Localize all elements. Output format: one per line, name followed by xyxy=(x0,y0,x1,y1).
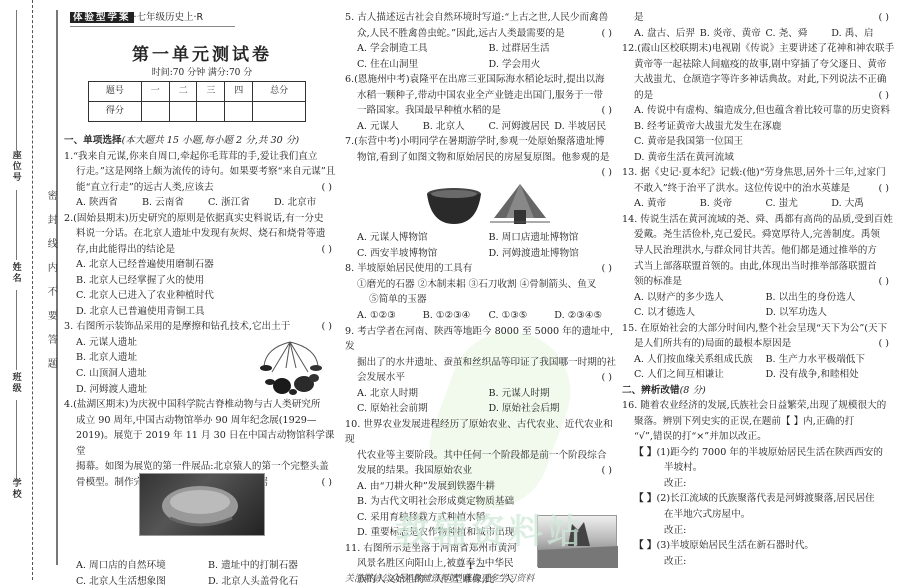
option-d: D. 黄帝生活在黄河流域 xyxy=(634,150,897,166)
paren-row: ( ) xyxy=(345,165,620,180)
answer-blank[interactable]: ( ) xyxy=(601,463,612,479)
option-c: C. 以才德选人 xyxy=(634,305,766,321)
score-header-cell: 四 xyxy=(225,82,253,102)
option-a: A. 盘古、后羿 xyxy=(634,26,700,42)
score-input-cell[interactable] xyxy=(169,102,197,122)
option-b: B. 北京人 xyxy=(423,119,489,135)
item-text: 在半地穴式房屋中。 xyxy=(622,507,897,523)
options: A. 元谋人 B. 北京人 C. 河姆渡居民 D. 半坡居民 xyxy=(345,119,620,135)
option-c: C. 蚩尤 xyxy=(766,196,832,212)
option-d: D. ②③④⑤ xyxy=(554,308,620,324)
option-b: B. 生产力水平极端低下 xyxy=(766,352,898,368)
pottery-bowl-image xyxy=(425,186,483,226)
seal-notice: 密封线内不要答题 xyxy=(42,190,58,382)
option-c: C. 尧、舜 xyxy=(766,26,832,42)
options: A. 元谋人博物馆 B. 周口店遗址博物馆 C. 西安半坡博物馆 D. 河姆渡遗… xyxy=(345,230,620,261)
option-b: B. 周口店遗址博物馆 xyxy=(489,230,621,246)
judgement-item-2: 【 】(2)长江流域的氏族聚落代表是河姆渡聚落,居民居住 xyxy=(622,491,897,507)
question-text: 12.(霞山区校联期末)电视剧《传说》主要讲述了花神和神农联手 xyxy=(622,41,897,57)
question-text: 的是( ) xyxy=(622,88,897,104)
hut-reconstruction-image xyxy=(490,182,550,228)
option-a: A. 学会制造工具 xyxy=(357,41,489,57)
question-text: 能“直立行走”的远古人类,应该去( ) xyxy=(64,180,340,196)
options: A. 元谋人遗址 B. 北京人遗址 C. 山顶洞人遗址 D. 河姆渡人遗址 xyxy=(64,335,244,397)
question-14: 14. 传说生活在黄河流域的尧、舜、禹都有高尚的品质,受到百姓 爱戴。尧生活俭朴… xyxy=(622,212,897,321)
option-b: B. 元谋人时期 xyxy=(489,386,621,402)
option-c: C. 西安半坡博物馆 xyxy=(357,246,489,262)
item-text: 半坡村。 xyxy=(622,460,897,476)
option-a: A. 由“刀耕火种”发展到铁器牛耕 xyxy=(357,479,620,495)
question-text: 不敢入”终于治平了洪水。这位传说中的治水英雄是 xyxy=(634,183,850,194)
options: A. 盘古、后羿 B. 炎帝、黄帝 C. 尧、舜 D. 禹、启 xyxy=(622,26,897,42)
question-text: 一路国家。我国最早种植水稻的是 xyxy=(357,105,501,116)
question-text: 一路国家。我国最早种植水稻的是( ) xyxy=(345,103,620,119)
score-header-cell: 总分 xyxy=(253,82,306,102)
judgement-box[interactable]: 【 】 xyxy=(634,493,657,504)
question-16: 16. 随着农业经济的发展,氏族社会日益繁荣,出现了规模很大的 聚落。辨别下列史… xyxy=(622,398,897,569)
answer-blank[interactable]: ( ) xyxy=(321,319,332,335)
option-a: A. 元谋人博物馆 xyxy=(357,230,489,246)
question-1: 1.“我来自元谋,你来自周口,牵起你毛茸茸的手,爱让我们直立 行走。”这是网络上… xyxy=(64,149,340,211)
question-text: 物馆,看到了如图文物和原始居民的房屋复原图。他参观的是 xyxy=(345,150,620,166)
question-items: ⑤简单的玉器 xyxy=(345,292,620,308)
score-table: 题号 一 二 三 四 总分 得分 xyxy=(88,81,306,122)
question-text: 9. 考古学者在河南、陕西等地距今 8000 至 5000 年的遗址中,发 xyxy=(345,324,620,355)
option-d: D. 北京人已普遍使用青铜工具 xyxy=(76,304,340,320)
question-text: 能“直立行走”的远古人类,应该去 xyxy=(76,182,214,193)
option-a: A. 传说中有虚构、编造成分,但也蕴含着比较可靠的历史资料 xyxy=(634,103,897,119)
answer-blank[interactable]: ( ) xyxy=(878,10,889,26)
column-3: 是( ) A. 盘古、后羿 B. 炎帝、黄帝 C. 尧、舜 D. 禹、启 12.… xyxy=(622,10,897,569)
question-text: 7.(东营中考)小明同学在暑期游学时,参观一处原始聚落遗址博 xyxy=(345,134,620,150)
question-text: 3. 右图所示装饰品采用的是摩擦和钻孔技术,它出土于 xyxy=(64,321,290,332)
option-c: C. 住在山洞里 xyxy=(357,57,489,73)
score-header-cell: 三 xyxy=(197,82,225,102)
name-label: 姓名 xyxy=(8,262,23,284)
options: A. ①②③ B. ①②③④ C. ①③⑤ D. ②③④⑤ xyxy=(345,308,620,324)
question-text: 会发展水平 xyxy=(357,372,405,383)
option-d: D. 学会用火 xyxy=(489,57,621,73)
option-c: C. 黄帝是我国第一位国王 xyxy=(634,134,897,150)
section-note: (8 分) xyxy=(680,385,706,396)
question-2: 2.(固始县期末)历史研究的原则是依据真实史料说话,有一分史 料说一分话。在北京… xyxy=(64,211,340,320)
option-b: B. 炎帝、黄帝 xyxy=(700,26,766,42)
question-text: 发展的结果。我国原始农业 xyxy=(357,465,472,476)
section-title: 二、辨析改错 xyxy=(622,385,680,396)
option-d: D. 大禹 xyxy=(831,196,897,212)
school-label: 学校 xyxy=(8,478,23,500)
question-text: 8. 半坡原始居民使用的工具有( ) xyxy=(345,261,620,277)
question-text: 5. 古人描述远古社会自然环境时写道:“上古之世,人民少而禽兽 xyxy=(345,10,620,26)
option-c: C. 北京人生活想象图 xyxy=(76,574,208,588)
options: A. 传说中有虚构、编造成分,但也蕴含着比较可靠的历史资料 B. 经考证黄帝大战… xyxy=(622,103,897,165)
question-text: 会发展水平( ) xyxy=(345,370,620,386)
question-text: 的是 xyxy=(634,90,653,101)
question-15: 15. 在原始社会的大部分时间内,整个社会呈现“天下为公”(天下 是人们所共有的… xyxy=(622,321,897,383)
judgement-box[interactable]: 【 】 xyxy=(634,447,657,458)
question-5: 5. 古人描述远古社会自然环境时写道:“上古之世,人民少而禽兽 众,人民不胜禽兽… xyxy=(345,10,620,72)
option-a: A. 陕西省 xyxy=(76,195,142,211)
option-a: A. 人们按血缘关系组成氏族 xyxy=(634,352,766,368)
field-line xyxy=(16,290,17,370)
answer-blank[interactable]: ( ) xyxy=(601,261,612,277)
score-header-cell: 一 xyxy=(141,82,169,102)
watermark-text: 教辅资料站 xyxy=(395,505,585,560)
item-text: (2)长江流域的氏族聚落代表是河姆渡聚落,居民居住 xyxy=(657,493,875,504)
judgement-box[interactable]: 【 】 xyxy=(634,540,657,551)
question-text: 掘出了的水井遗址、蚕茧和丝织品等印证了我国哪一时期的社 xyxy=(345,355,620,371)
option-b: B. 以出生的身份选人 xyxy=(766,290,898,306)
options: A. 北京人已经普遍使用磨制石器 B. 北京人已经掌握了火的使用 C. 北京人已… xyxy=(64,257,340,319)
option-c: C. 浙江省 xyxy=(208,195,274,211)
score-input-cell[interactable] xyxy=(225,102,253,122)
option-d: D. 半坡居民 xyxy=(554,119,620,135)
necklace-image xyxy=(258,338,322,396)
question-text: 13. 据《史记·夏本纪》记载:(他)“劳身焦思,居外十三年,过家门 xyxy=(622,165,897,181)
question-text: 聚落。辨别下列史实的正误,在题前【 】内,正确的打 xyxy=(622,414,897,430)
option-d: D. 河姆渡遗址博物馆 xyxy=(489,246,621,262)
question-12: 12.(霞山区校联期末)电视剧《传说》主要讲述了花神和神农联手 黄帝等一起祛除人… xyxy=(622,41,897,165)
question-text: 8. 半坡原始居民使用的工具有 xyxy=(345,263,472,274)
question-items: ①磨光的石器 ②木制耒耜 ③石刀收割 ④骨制箭头、鱼叉 xyxy=(345,277,620,293)
option-d: D. 北京人头盖骨化石 xyxy=(208,574,340,588)
question-11-cont: 是( ) A. 盘古、后羿 B. 炎帝、黄帝 C. 尧、舜 D. 禹、启 xyxy=(622,10,897,41)
answer-blank[interactable]: ( ) xyxy=(878,274,889,290)
question-text: 领的标准是 xyxy=(634,276,682,287)
section-note: (本大题共 15 小题,每小题 2 分,共 30 分) xyxy=(122,135,300,146)
question-9: 9. 考古学者在河南、陕西等地距今 8000 至 5000 年的遗址中,发 掘出… xyxy=(345,324,620,417)
option-b: B. 过群居生活 xyxy=(489,41,621,57)
question-text: 料说一分话。在北京人遗址中发现有灰烬、烧石和烧骨等遗 xyxy=(64,226,340,242)
question-text: 4.(盐湖区期末)为庆祝中国科学院古脊椎动物与古人类研究所 xyxy=(64,397,340,413)
option-a: A. 以财产的多少选人 xyxy=(634,290,766,306)
field-line xyxy=(16,10,17,150)
column-2: 5. 古人描述远古社会自然环境时写道:“上古之世,人民少而禽兽 众,人民不胜禽兽… xyxy=(345,10,620,588)
question-text: 是 xyxy=(634,12,644,23)
option-c: C. ①③⑤ xyxy=(489,308,555,324)
question-text: 1.“我来自元谋,你来自周口,牵起你毛茸茸的手,爱让我们直立 xyxy=(64,149,340,165)
question-text: 6.(恩施州中考)袁隆平在出席三亚国际海水稻论坛时,提出以海 xyxy=(345,72,620,88)
option-d: D. 没有战争,和睦相处 xyxy=(766,367,898,383)
question-text: 3. 右图所示装饰品采用的是摩擦和钻孔技术,它出土于( ) xyxy=(64,319,340,335)
options: A. 北京人时期 B. 元谋人时期 C. 原始社会前期 D. 原始社会后期 xyxy=(345,386,620,417)
question-text: 15. 在原始社会的大部分时间内,整个社会呈现“天下为公”(天下 xyxy=(622,321,897,337)
option-b: B. 北京人已经掌握了火的使用 xyxy=(76,273,340,289)
option-a: A. ①②③ xyxy=(357,308,423,324)
question-8: 8. 半坡原始居民使用的工具有( ) ①磨光的石器 ②木制耒耜 ③石刀收割 ④骨… xyxy=(345,261,620,323)
question-text: 众,人民不胜禽兽虫蛇。”因此,远古人类最需要的是( ) xyxy=(345,26,620,42)
brand-label: 体验型学案 xyxy=(70,12,134,23)
correction-field[interactable]: 改正: xyxy=(622,554,897,570)
options: A. 周口店的自然环境 B. 遗址中的打制石器 C. 北京人生活想象图 D. 北… xyxy=(64,558,340,588)
option-a: A. 周口店的自然环境 xyxy=(76,558,208,574)
options: A. 黄帝 B. 炎帝 C. 蚩尤 D. 大禹 xyxy=(622,196,897,212)
seat-number-label: 座位号 xyxy=(8,150,23,183)
question-text: 导人民治理洪水,与群众同甘共苦。他们都是通过推举的方 xyxy=(622,243,897,259)
options: A. 以财产的多少选人 B. 以出生的身份选人 C. 以才德选人 D. 以军功选… xyxy=(622,290,897,321)
answer-blank[interactable]: ( ) xyxy=(601,103,612,119)
series-header: 体验型学案·七年级历史上·R xyxy=(70,10,235,27)
score-input-cell[interactable] xyxy=(197,102,225,122)
question-text: 16. 随着农业经济的发展,氏族社会日益繁荣,出现了规模很大的 xyxy=(622,398,897,414)
options: A. 陕西省 B. 云南省 C. 浙江省 D. 北京市 xyxy=(64,195,340,211)
option-c: C. 北京人已进入了农业种植时代 xyxy=(76,288,340,304)
cut-line xyxy=(32,0,33,580)
question-6: 6.(恩施州中考)袁隆平在出席三亚国际海水稻论坛时,提出以海 水稻一颗种子,带动… xyxy=(345,72,620,134)
section-1-heading: 一、单项选择(本大题共 15 小题,每小题 2 分,共 30 分) xyxy=(64,133,340,149)
question-text: 是人们所共有的)局面的最根本原因是( ) xyxy=(622,336,897,352)
option-d: D. 禹、启 xyxy=(831,26,897,42)
option-b: B. 北京人遗址 xyxy=(76,350,244,366)
binding-margin: 座位号 姓名 班级 学校 密封线内不要答题 xyxy=(0,0,60,588)
option-b: B. 炎帝 xyxy=(700,196,766,212)
question-13: 13. 据《史记·夏本纪》记载:(他)“劳身焦思,居外十三年,过家门 不敢入”终… xyxy=(622,165,897,212)
judgement-item-1: 【 】(1)距今约 7000 年的半坡原始居民生活在陕西西安的 xyxy=(622,445,897,461)
section-2-heading: 二、辨析改错(8 分) xyxy=(622,383,897,399)
option-c: C. 原始社会前期 xyxy=(357,401,489,417)
option-d: D. 北京市 xyxy=(274,195,340,211)
score-header-cell: 二 xyxy=(169,82,197,102)
answer-blank[interactable]: ( ) xyxy=(321,180,332,196)
question-text: “√”,错误的打“×”并加以改正。 xyxy=(622,429,897,445)
options: A. 人们按血缘关系组成氏族 B. 生产力水平极端低下 C. 人们之间互相谦让 … xyxy=(622,352,897,383)
field-line xyxy=(16,190,17,260)
question-text: 发展的结果。我国原始农业( ) xyxy=(345,463,620,479)
score-input-cell[interactable] xyxy=(141,102,169,122)
item-text: (3)半坡原始居民生活在新石器时代。 xyxy=(657,540,815,551)
option-c: C. 山顶洞人遗址 xyxy=(76,366,244,382)
option-d: D. 以军功选人 xyxy=(766,305,898,321)
question-text: 式当上部落联盟首领的。由此,体现出当时推举部落联盟首 xyxy=(622,259,897,275)
answer-blank[interactable]: ( ) xyxy=(878,181,889,197)
option-b: B. 经考证黄帝大战蚩尤发生在涿鹿 xyxy=(634,119,897,135)
exam-info: 时间:70 分钟 满分:70 分 xyxy=(64,66,340,81)
section-title: 一、单项选择 xyxy=(64,135,122,146)
field-line xyxy=(16,400,17,480)
option-a: A. 黄帝 xyxy=(634,196,700,212)
correction-field[interactable]: 改正: xyxy=(622,476,897,492)
class-label: 班级 xyxy=(8,372,23,394)
option-d: D. 河姆渡人遗址 xyxy=(76,382,244,398)
question-text: 是( ) xyxy=(622,10,897,26)
options: A. 学会制造工具 B. 过群居生活 C. 住在山洞里 D. 学会用火 xyxy=(345,41,620,72)
question-text: 不敢入”终于治平了洪水。这位传说中的治水英雄是( ) xyxy=(622,181,897,197)
question-text: 水稻一颗种子,带动中国农业全产业链走出国门,服务于一带 xyxy=(345,88,620,104)
option-a: A. 北京人时期 xyxy=(357,386,489,402)
answer-blank[interactable]: ( ) xyxy=(601,165,612,181)
question-text: 2.(固始县期末)历史研究的原则是依据真实史料说话,有一分史 xyxy=(64,211,340,227)
question-text: 存,由此能得出的结论是 xyxy=(76,244,175,255)
answer-blank[interactable]: ( ) xyxy=(878,336,889,352)
question-text: 14. 传说生活在黄河流域的尧、舜、禹都有高尚的品质,受到百姓 xyxy=(622,212,897,228)
question-text: 10. 世界农业发展进程经历了原始农业、古代农业、近代农业和现 xyxy=(345,417,620,448)
answer-blank[interactable]: ( ) xyxy=(601,370,612,386)
option-b: B. ①②③④ xyxy=(423,308,489,324)
option-c: C. 河姆渡居民 xyxy=(489,119,555,135)
question-text: 爱戴。尧生活俭朴,克己爱民。舜宽厚待人,完善制度。禹领 xyxy=(622,227,897,243)
question-text: 存,由此能得出的结论是( ) xyxy=(64,242,340,258)
item-text: (1)距今约 7000 年的半坡原始居民生活在陕西西安的 xyxy=(657,447,883,458)
correction-field[interactable]: 改正: xyxy=(622,523,897,539)
skull-icon xyxy=(140,474,266,537)
score-label-cell: 得分 xyxy=(89,102,142,122)
question-text: 是人们所共有的)局面的最根本原因是 xyxy=(634,338,791,349)
question-text: 代农业等主要阶段。其中任何一个阶段都是前一个阶段综合 xyxy=(345,448,620,464)
answer-blank[interactable]: ( ) xyxy=(321,475,332,491)
score-input-cell[interactable] xyxy=(253,102,306,122)
answer-blank[interactable]: ( ) xyxy=(878,88,889,104)
option-c: C. 人们之间互相谦让 xyxy=(634,367,766,383)
option-d: D. 原始社会后期 xyxy=(489,401,621,417)
answer-blank[interactable]: ( ) xyxy=(601,26,612,42)
question-text: 行走。”这是网络上颇为流传的诗句。如果要考察“来自元谋”且 xyxy=(64,164,340,180)
question-text: 大战蚩尤、仓颉造字等许多神话典故。对此,下列说法不正确 xyxy=(622,72,897,88)
question-text: 众,人民不胜禽兽虫蛇。”因此,远古人类最需要的是 xyxy=(357,28,565,39)
answer-blank[interactable]: ( ) xyxy=(321,242,332,258)
judgement-item-3: 【 】(3)半坡原始居民生活在新石器时代。 xyxy=(622,538,897,554)
option-b: B. 遗址中的打制石器 xyxy=(208,558,340,574)
score-header-cell: 题号 xyxy=(89,82,142,102)
question-text: 成立 90 周年,中国古动物馆举办 90 周年纪念展(1929— xyxy=(64,413,340,429)
question-text: 领的标准是( ) xyxy=(622,274,897,290)
option-a: A. 元谋人遗址 xyxy=(76,335,244,351)
option-a: A. 元谋人 xyxy=(357,119,423,135)
question-text: 黄帝等一起祛除人间瘟疫的故事,剧中穿插了夸父逐日、黄帝 xyxy=(622,57,897,73)
question-text: 2019)。展览于 2019 年 11 月 30 日在中国古动物馆科学课堂 xyxy=(64,428,340,459)
skull-model-photo xyxy=(139,473,265,536)
footer-note: 关注微信公众号“教辅资料站”获取更多学习资料 xyxy=(345,572,534,587)
option-a: A. 北京人已经普遍使用磨制石器 xyxy=(76,257,340,273)
option-b: B. 云南省 xyxy=(142,195,208,211)
series-label: ·七年级历史上·R xyxy=(134,12,204,23)
